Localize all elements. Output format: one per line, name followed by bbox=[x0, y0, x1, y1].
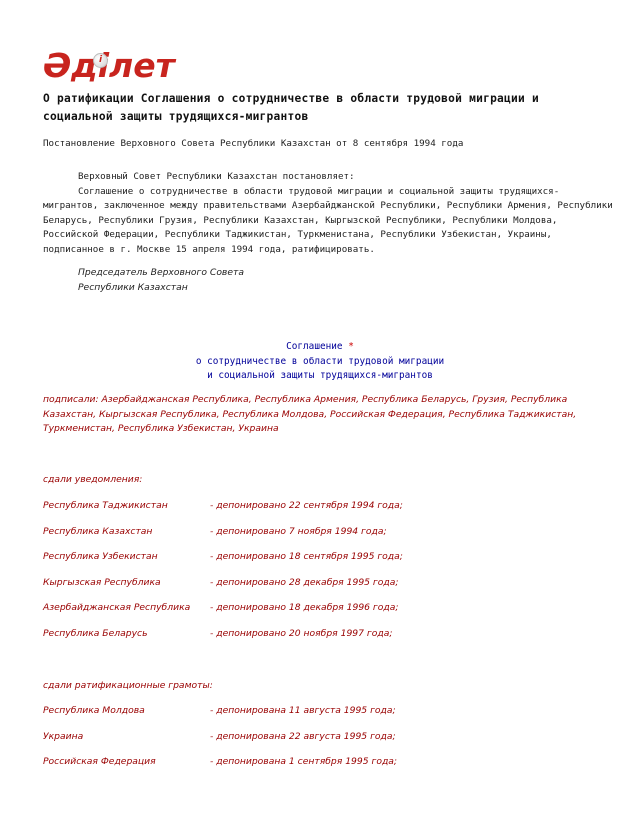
deposit-date: - депонировано 20 ноября 1997 года; bbox=[210, 628, 392, 639]
deposit-row: Украина- депонирована 22 августа 1995 го… bbox=[43, 731, 603, 742]
deposit-country: Республика Узбекистан bbox=[43, 551, 210, 562]
deposit-date: - депонирована 22 августа 1995 года; bbox=[210, 731, 396, 742]
ratifications-label: сдали ратификационные грамоты: bbox=[43, 680, 213, 691]
deposit-date: - депонировано 7 ноября 1994 года; bbox=[210, 526, 387, 537]
signature-line: Председатель Верховного Совета bbox=[78, 266, 244, 281]
deposit-country: Украина bbox=[43, 731, 210, 742]
document-title: О ратификации Соглашения о сотрудничеств… bbox=[43, 90, 603, 126]
agreement-title: Соглашение bbox=[286, 341, 342, 352]
deposit-row: Российская Федерация- депонирована 1 сен… bbox=[43, 756, 603, 767]
signature-line: Республики Казахстан bbox=[78, 281, 244, 296]
deposit-date: - депонировано 18 сентября 1995 года; bbox=[210, 551, 403, 562]
notifications-label: сдали уведомления: bbox=[43, 474, 142, 485]
agreement-subtitle-line: и социальной защиты трудящихся-мигрантов bbox=[0, 369, 640, 384]
deposit-row: Республика Узбекистан- депонировано 18 с… bbox=[43, 551, 603, 562]
signatories-text: подписали: Азербайджанская Республика, Р… bbox=[43, 393, 613, 437]
body-paragraph: Верховный Совет Республики Казахстан пос… bbox=[43, 170, 613, 185]
deposit-country: Республика Казахстан bbox=[43, 526, 210, 537]
info-badge-icon: i bbox=[93, 53, 108, 68]
deposit-country: Азербайджанская Республика bbox=[43, 602, 210, 613]
deposit-date: - депонирована 1 сентября 1995 года; bbox=[210, 756, 397, 767]
deposit-country: Российская Федерация bbox=[43, 756, 210, 767]
deposit-country: Республика Молдова bbox=[43, 705, 210, 716]
deposit-country: Республика Таджикистан bbox=[43, 500, 210, 511]
deposit-date: - депонировано 28 декабря 1995 года; bbox=[210, 577, 398, 588]
document-body: Верховный Совет Республики Казахстан пос… bbox=[43, 170, 613, 257]
deposit-country: Кыргызская Республика bbox=[43, 577, 210, 588]
logo-text: Әдіiлет bbox=[43, 48, 175, 84]
deposit-row: Республика Беларусь- депонировано 20 ноя… bbox=[43, 628, 603, 639]
adilet-logo[interactable]: Әдіiлет bbox=[43, 44, 175, 84]
deposit-date: - депонировано 18 декабря 1996 года; bbox=[210, 602, 398, 613]
deposit-row: Азербайджанская Республика- депонировано… bbox=[43, 602, 603, 613]
deposit-date: - депонирована 11 августа 1995 года; bbox=[210, 705, 396, 716]
footnote-asterisk[interactable]: * bbox=[348, 341, 354, 352]
agreement-header: Соглашение * о сотрудничестве в области … bbox=[0, 340, 640, 384]
deposit-row: Кыргызская Республика- депонировано 28 д… bbox=[43, 577, 603, 588]
deposit-row: Республика Молдова- депонирована 11 авгу… bbox=[43, 705, 603, 716]
deposit-country: Республика Беларусь bbox=[43, 628, 210, 639]
deposit-row: Республика Таджикистан- депонировано 22 … bbox=[43, 500, 603, 511]
deposit-date: - депонировано 22 сентября 1994 года; bbox=[210, 500, 403, 511]
body-paragraph: Соглашение о сотрудничестве в области тр… bbox=[43, 185, 613, 258]
signature-block: Председатель Верховного Совета Республик… bbox=[78, 266, 244, 295]
document-subtitle: Постановление Верховного Совета Республи… bbox=[43, 137, 603, 150]
deposit-row: Республика Казахстан- депонировано 7 ноя… bbox=[43, 526, 603, 537]
agreement-subtitle-line: о сотрудничестве в области трудовой мигр… bbox=[0, 355, 640, 370]
